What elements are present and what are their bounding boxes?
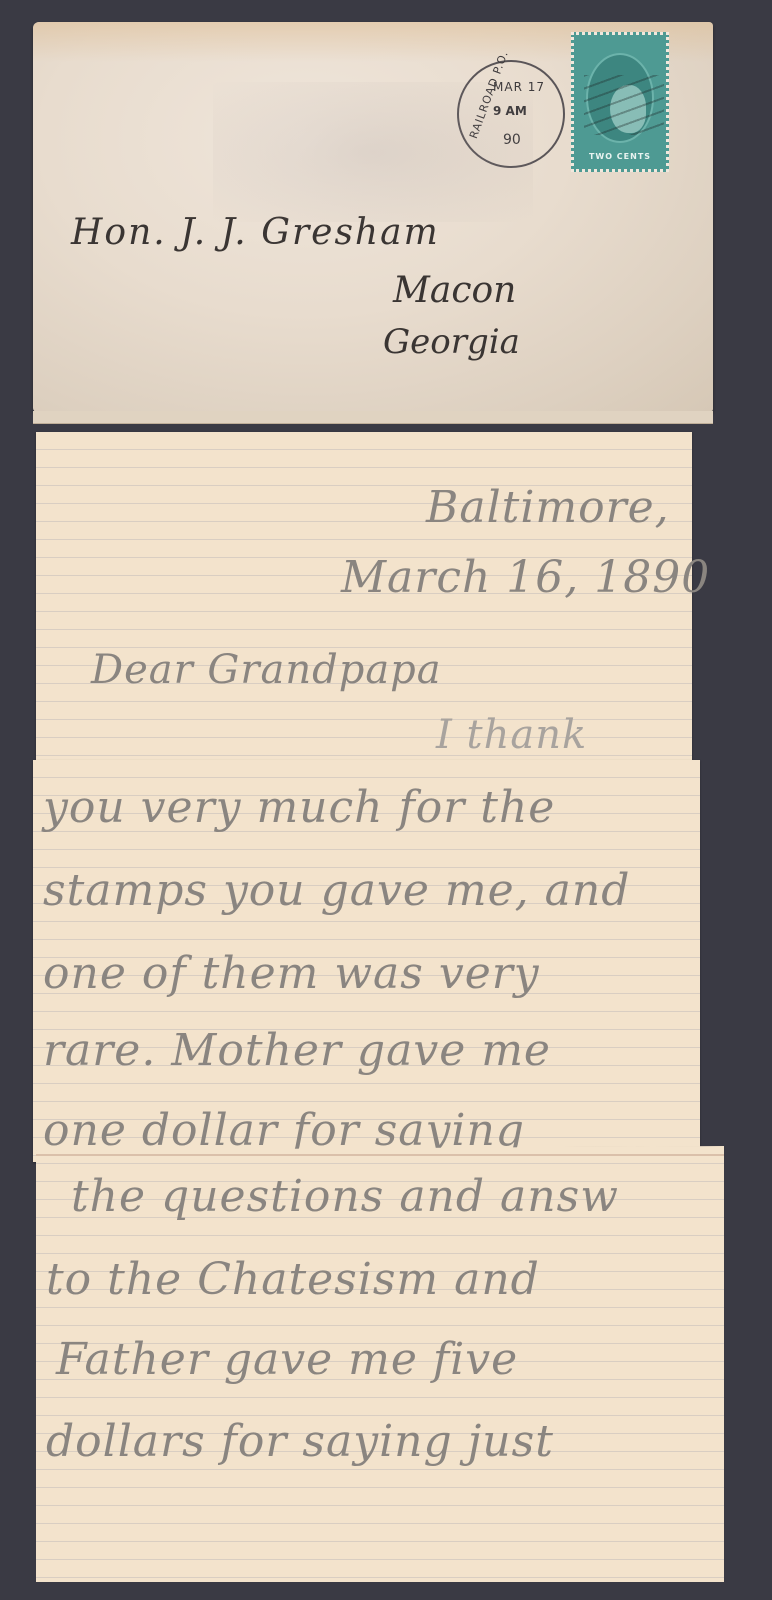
paper-fold: [36, 1154, 724, 1156]
letter-line: stamps you gave me, and: [43, 865, 630, 916]
letter-line: the questions and answ: [71, 1171, 619, 1222]
letter-line: I thank: [436, 712, 587, 758]
letter-line: you very much for the: [43, 782, 555, 833]
letter-sheet-2: you very much for the stamps you gave me…: [33, 760, 700, 1162]
envelope-flap-edge: [33, 411, 713, 424]
letter-line: dollars for saying just: [46, 1416, 554, 1467]
letter-line: to the Chatesism and: [46, 1254, 540, 1305]
stamp-denomination: TWO CENTS: [578, 152, 662, 161]
letter-line: rare. Mother gave me: [43, 1025, 551, 1076]
postmark-time: 9 AM: [493, 104, 527, 118]
address-state: Georgia: [383, 322, 520, 362]
postage-stamp: TWO CENTS: [571, 32, 669, 172]
postmark-year: 90: [503, 132, 521, 148]
cancellation-marks: [584, 75, 664, 135]
letter-line: Father gave me five: [56, 1334, 518, 1385]
letter-place: Baltimore,: [426, 482, 670, 533]
postmark-date: MAR 17: [493, 80, 545, 94]
postmark-location: RAILROAD P.O.: [467, 49, 511, 141]
letter-date: March 16, 1890: [341, 552, 710, 603]
envelope: RAILROAD P.O. MAR 17 9 AM 90 TWO CENTS H…: [33, 22, 713, 412]
postmark: RAILROAD P.O. MAR 17 9 AM 90: [457, 60, 565, 168]
letter-line: one of them was very: [43, 948, 540, 999]
letter-sheet-1: Baltimore, March 16, 1890 Dear Grandpapa…: [36, 432, 692, 767]
address-city: Macon: [393, 270, 516, 311]
address-name: Hon. J. J. Gresham: [71, 212, 440, 253]
letter-sheet-3: the questions and answ to the Chatesism …: [36, 1146, 724, 1582]
letter-salutation: Dear Grandpapa: [91, 647, 442, 693]
